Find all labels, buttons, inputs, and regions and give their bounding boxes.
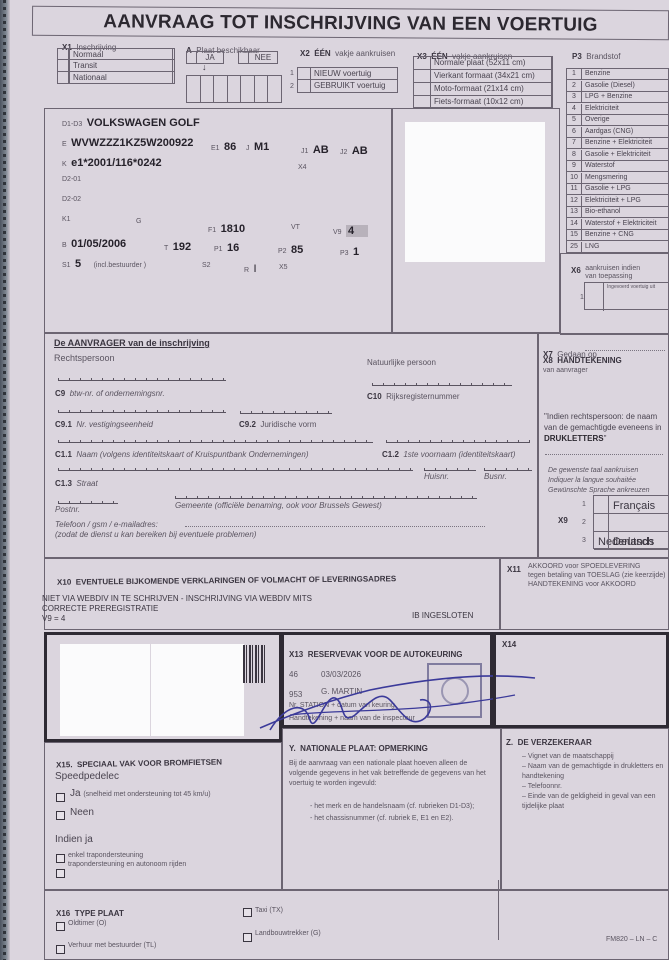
x16-box — [44, 890, 669, 960]
language-table: 1Français2Nederlands3Deutsch — [593, 495, 669, 549]
redacted-area — [60, 644, 150, 736]
fuel-option[interactable]: 4Elektriciteit — [567, 104, 668, 115]
p3-section: P3 Brandstof — [572, 46, 621, 64]
bus-nr-input[interactable] — [484, 466, 532, 471]
field-g: G — [136, 218, 141, 225]
a-no: NEE — [248, 51, 278, 64]
x2-used: GEBRUIKT voertuig — [310, 79, 398, 93]
x14-box — [493, 632, 669, 728]
field-d1-d3: D1-D3 VOLKSWAGEN GOLF — [62, 113, 200, 131]
fuel-option[interactable]: 15Benzine + CNG — [567, 230, 668, 241]
field-p3: P3 1 — [340, 242, 359, 260]
field-k1: K1 — [62, 216, 71, 223]
signature-area[interactable] — [545, 370, 665, 410]
x9-instructions: De gewenste taal aankruisenIndiquer la l… — [548, 466, 650, 496]
x3-check-normal[interactable] — [413, 56, 431, 70]
x2-section: X2 ÉÉN vakje aankruisen — [300, 43, 395, 61]
agricultural-tractor-checkbox[interactable] — [243, 933, 252, 942]
fuel-option[interactable]: 25LNG — [567, 242, 668, 253]
pedal-assist-autonomous-checkbox[interactable] — [56, 869, 65, 878]
field-p1: P1 16 — [214, 238, 239, 256]
binder-edge — [0, 0, 10, 960]
redacted-area — [405, 122, 545, 262]
plate-number-boxes[interactable] — [186, 75, 282, 103]
language-checkbox[interactable] — [594, 496, 609, 513]
field-e: E WVWZZZ1KZ5W200922 — [62, 133, 193, 151]
fuel-option[interactable]: 5Overige — [567, 115, 668, 126]
phone-input[interactable] — [185, 526, 485, 527]
field-j2: J2 AB — [340, 141, 368, 159]
fuel-option[interactable]: 2Gasolie (Diesel) — [567, 81, 668, 92]
redacted-area — [151, 644, 244, 736]
language-option[interactable]: Français — [594, 496, 668, 514]
x2-check-used[interactable] — [297, 79, 311, 93]
field-k: K e1*2001/116*0242 — [62, 153, 162, 171]
form-code: FM820 – LN – C — [606, 936, 657, 943]
fuel-option[interactable]: 11Gasolie + LPG — [567, 184, 668, 195]
fuel-table: 1Benzine2Gasolie (Diesel)3LPG + Benzine4… — [566, 68, 669, 253]
field-j: J M1 — [246, 137, 269, 155]
speedpedelec-no-checkbox[interactable] — [56, 811, 65, 820]
field-t: T 192 — [164, 237, 191, 255]
c1-3-input[interactable] — [58, 466, 413, 471]
applicant-heading: De AANVRAGER van de inschrijving — [54, 338, 210, 348]
field-j1: J1 AB — [301, 140, 329, 158]
a-yes: JA — [196, 51, 224, 64]
fuel-option[interactable]: 6Aardgas (CNG) — [567, 127, 668, 138]
field-f1: F1 1810 — [208, 219, 245, 237]
c1-1-input[interactable] — [58, 438, 373, 443]
field-s2: S2 — [202, 262, 211, 269]
z-items: – Vignet van de maatschappij – Naam van … — [522, 752, 667, 812]
field-x4: X4 — [298, 164, 307, 171]
date-input[interactable] — [585, 350, 665, 351]
house-nr-input[interactable] — [424, 466, 476, 471]
fuel-option[interactable]: 8Gasolie + Elektriciteit — [567, 150, 668, 161]
language-checkbox[interactable] — [594, 514, 609, 531]
rental-with-driver-checkbox[interactable] — [56, 945, 65, 954]
fuel-option[interactable]: 14Waterstof + Elektriciteit — [567, 219, 668, 230]
signature-note: "Indien rechtspersoon: de naam van de ge… — [544, 411, 668, 444]
language-option[interactable]: Deutsch — [594, 532, 668, 550]
x3-options: Normale plaat (52x11 cm) Vierkant formaa… — [413, 56, 552, 108]
fuel-option[interactable]: 1Benzine — [567, 69, 668, 80]
postal-input[interactable] — [58, 499, 118, 504]
field-r: R I — [244, 259, 257, 277]
c9-input[interactable] — [58, 376, 226, 381]
x1-options: Normaal Transit Nationaal — [57, 48, 173, 84]
field-v9: V9 4 — [333, 221, 375, 233]
fuel-option[interactable]: 13Bio-ethanol — [567, 207, 668, 218]
oldtimer-checkbox[interactable] — [56, 922, 65, 931]
x6-check[interactable] — [585, 283, 603, 309]
x6-label: X6 aankruisen indien van toepassing — [571, 265, 645, 281]
field-d2-02: D2-02 — [62, 196, 81, 203]
language-checkbox[interactable] — [594, 532, 609, 549]
field-vt: VT — [291, 224, 300, 231]
x1-nationaal: Nationaal — [69, 71, 175, 84]
arrow-down-icon: ↓ — [202, 63, 207, 71]
x1-check-nationaal[interactable] — [57, 71, 69, 84]
fuel-option[interactable]: 9Waterstof — [567, 161, 668, 172]
field-e1: E1 86 — [211, 137, 236, 155]
fuel-option[interactable]: 3LPG + Benzine — [567, 92, 668, 103]
fuel-option[interactable]: 7Benzine + Elektriciteit — [567, 138, 668, 149]
field-s1: S1 5 (incl.bestuurder ) — [62, 254, 146, 272]
pedal-assist-only-checkbox[interactable] — [56, 854, 65, 863]
municipality-input[interactable] — [175, 494, 477, 499]
fuel-option[interactable]: 12Elektriciteit + LPG — [567, 196, 668, 207]
field-x5: X5 — [279, 264, 288, 271]
c9-1-input[interactable] — [58, 408, 226, 413]
fuel-option[interactable]: 10Mengsmering — [567, 173, 668, 184]
x10-text: NIET VIA WEBDIV IN TE SCHRIJVEN - INSCHR… — [42, 594, 312, 624]
x6-checkbox-table: Ingevoerd voertuig uit — [584, 282, 669, 310]
taxi-checkbox[interactable] — [243, 908, 252, 917]
field-p2: P2 85 — [278, 240, 303, 258]
field-b: B 01/05/2006 — [62, 234, 126, 252]
x3-check-square[interactable] — [413, 69, 431, 83]
x3-check-bike[interactable] — [413, 95, 431, 109]
form-title: AANVRAAG TOT INSCHRIJVING VAN EEN VOERTU… — [32, 6, 669, 40]
field-d2-01: D2-01 — [62, 176, 81, 183]
speedpedelec-yes-checkbox[interactable] — [56, 793, 65, 802]
c1-2-input[interactable] — [386, 438, 530, 443]
language-option[interactable]: Nederlands — [594, 514, 668, 532]
x3-check-moto[interactable] — [413, 82, 431, 96]
